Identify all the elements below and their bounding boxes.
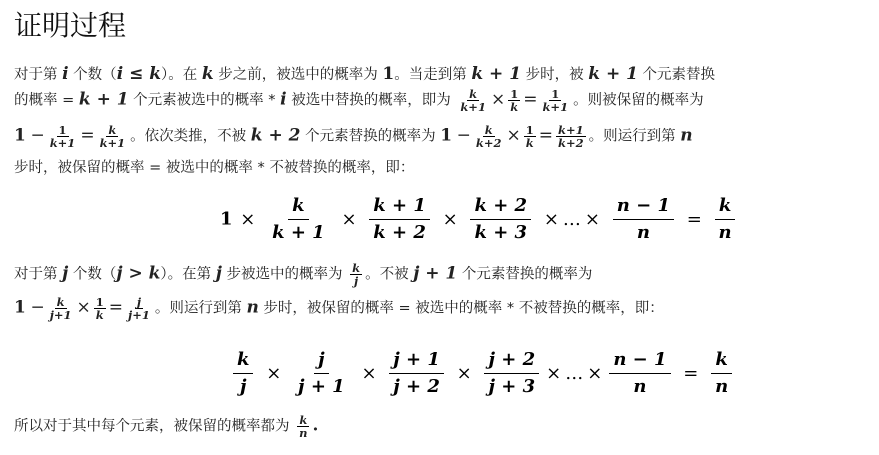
ellipsis: … [565,363,583,384]
fraction: kj [233,347,253,400]
text: 的概率 = [14,93,79,109]
math-number: 1 [14,126,26,146]
text: 对于第 [14,267,62,283]
text: 被选中替换的概率，即为 [287,93,456,109]
math-var: n [680,126,692,146]
times-op: × [491,90,505,110]
math-var: k [202,64,214,84]
fraction: n − 1n [613,193,674,246]
fraction: k+1k+2 [556,124,586,149]
text: 步被选中的概率为 [222,267,347,283]
math-expr: j > k [116,264,160,284]
times-op: × [585,209,600,230]
math-expr: i ≤ k [117,64,161,84]
text: 。则运行到第 [589,129,681,145]
math-number: 1 [440,126,452,146]
para2-line1: 对于第 j 个数（j > k）。在第 j 步被选中的概率为 kj。不被 j + … [14,262,592,287]
math-expr: k + 1 [471,64,521,84]
text: 个数（ [69,67,117,83]
text: 。则被保留的概率为 [573,93,704,109]
page-title: 证明过程 [14,6,126,46]
text: 个元素被选中的概率 * [129,93,281,109]
text: 个元素替换 [638,67,715,83]
math-expr: j + 1 [413,264,457,284]
display-equation-2: kj × jj + 1 × j + 1j + 2 × j + 2j + 3×…×… [228,347,737,400]
fraction: k + 2k + 3 [470,193,531,246]
fraction: 1k+1 [540,88,570,113]
minus-op: − [30,298,44,318]
math-expr: k + 2 [251,126,301,146]
fraction: kk+1 [98,124,128,149]
fraction: j + 2j + 3 [484,347,539,400]
equals-op: = [109,298,123,318]
fraction: 1k [94,296,106,321]
text: 步时，被保留的概率 = 被选中的概率 * 不被替换的概率，即： [259,301,664,317]
fraction: kk + 1 [268,193,329,246]
fraction: kn [715,193,736,246]
para2-line2: 1 −kj+1×1k=jj+1。则运行到第 n 步时，被保留的概率 = 被选中的… [14,296,664,321]
fraction: kk+2 [474,124,504,149]
math-number: 1 [220,209,233,230]
para1-line2: 的概率 = k + 1 个元素被选中的概率 * i 被选中替换的概率，即为 kk… [14,88,704,113]
fraction: jj + 1 [294,347,349,400]
para1-line1: 对于第 i 个数（i ≤ k）。在 k 步之前，被选中的概率为 1。当走到第 k… [14,63,715,86]
times-op: × [587,363,602,384]
times-op: × [341,209,356,230]
fraction: j + 1j + 2 [389,347,444,400]
math-number: 1 [14,298,26,318]
fraction: 1k [524,124,536,149]
text: 。当走到第 [394,67,471,83]
fraction: k + 1k + 2 [369,193,430,246]
math-expr: k + 1 [588,64,638,84]
fraction: kn [711,347,732,400]
math-var: n [246,298,258,318]
para1-line4: 步时，被保留的概率 = 被选中的概率 * 不被替换的概率，即： [14,157,414,179]
times-op: × [507,126,521,146]
fraction: n − 1n [609,347,670,400]
text: 所以对于其中每个元素，被保留的概率都为 [14,419,294,435]
equals-op: = [80,126,94,146]
equals-op: = [687,209,702,230]
times-op: × [240,209,255,230]
text: 个数（ [68,267,116,283]
minus-op: − [457,126,471,146]
text: 。不被 [365,267,413,283]
fraction: kj+1 [48,296,74,321]
equals-op: = [683,363,698,384]
fraction: jj+1 [126,296,152,321]
minus-op: − [30,126,44,146]
times-op: × [546,363,561,384]
ellipsis: … [563,209,581,230]
fraction: 1k [508,88,520,113]
text: 步之前，被选中的概率为 [214,67,383,83]
text: 个元素替换的概率为 [300,129,440,145]
text: 步时，被保留的概率 = 被选中的概率 * 不被替换的概率，即： [14,160,414,176]
text: ）。在第 [160,267,215,283]
para1-line3: 1 −1k+1=kk+1。依次类推，不被 k + 2 个元素替换的概率为 1 −… [14,124,693,149]
times-op: × [457,363,472,384]
fraction: kj [350,262,362,287]
text: 。则运行到第 [155,301,247,317]
display-equation-1: 1 × kk + 1 × k + 1k + 2 × k + 2k + 3 ×…×… [220,193,741,246]
times-op: × [361,363,376,384]
text: ）。在 [161,67,202,83]
times-op: × [443,209,458,230]
math-number: 1 [382,64,394,84]
equals-op: = [539,126,553,146]
times-op: × [544,209,559,230]
text: 。依次类推，不被 [130,129,251,145]
math-expr: k + 1 [79,90,129,110]
fraction: kn [297,414,309,439]
text: 步时，被 [521,67,588,83]
times-op: × [77,298,91,318]
equals-op: = [523,90,537,110]
conclusion-line: 所以对于其中每个元素，被保留的概率都为 kn. [14,414,318,439]
fraction: 1k+1 [48,124,78,149]
period: . [312,416,318,436]
text: 对于第 [14,67,62,83]
text: 个元素替换的概率为 [457,267,592,283]
fraction: kk+1 [458,88,488,113]
times-op: × [266,363,281,384]
